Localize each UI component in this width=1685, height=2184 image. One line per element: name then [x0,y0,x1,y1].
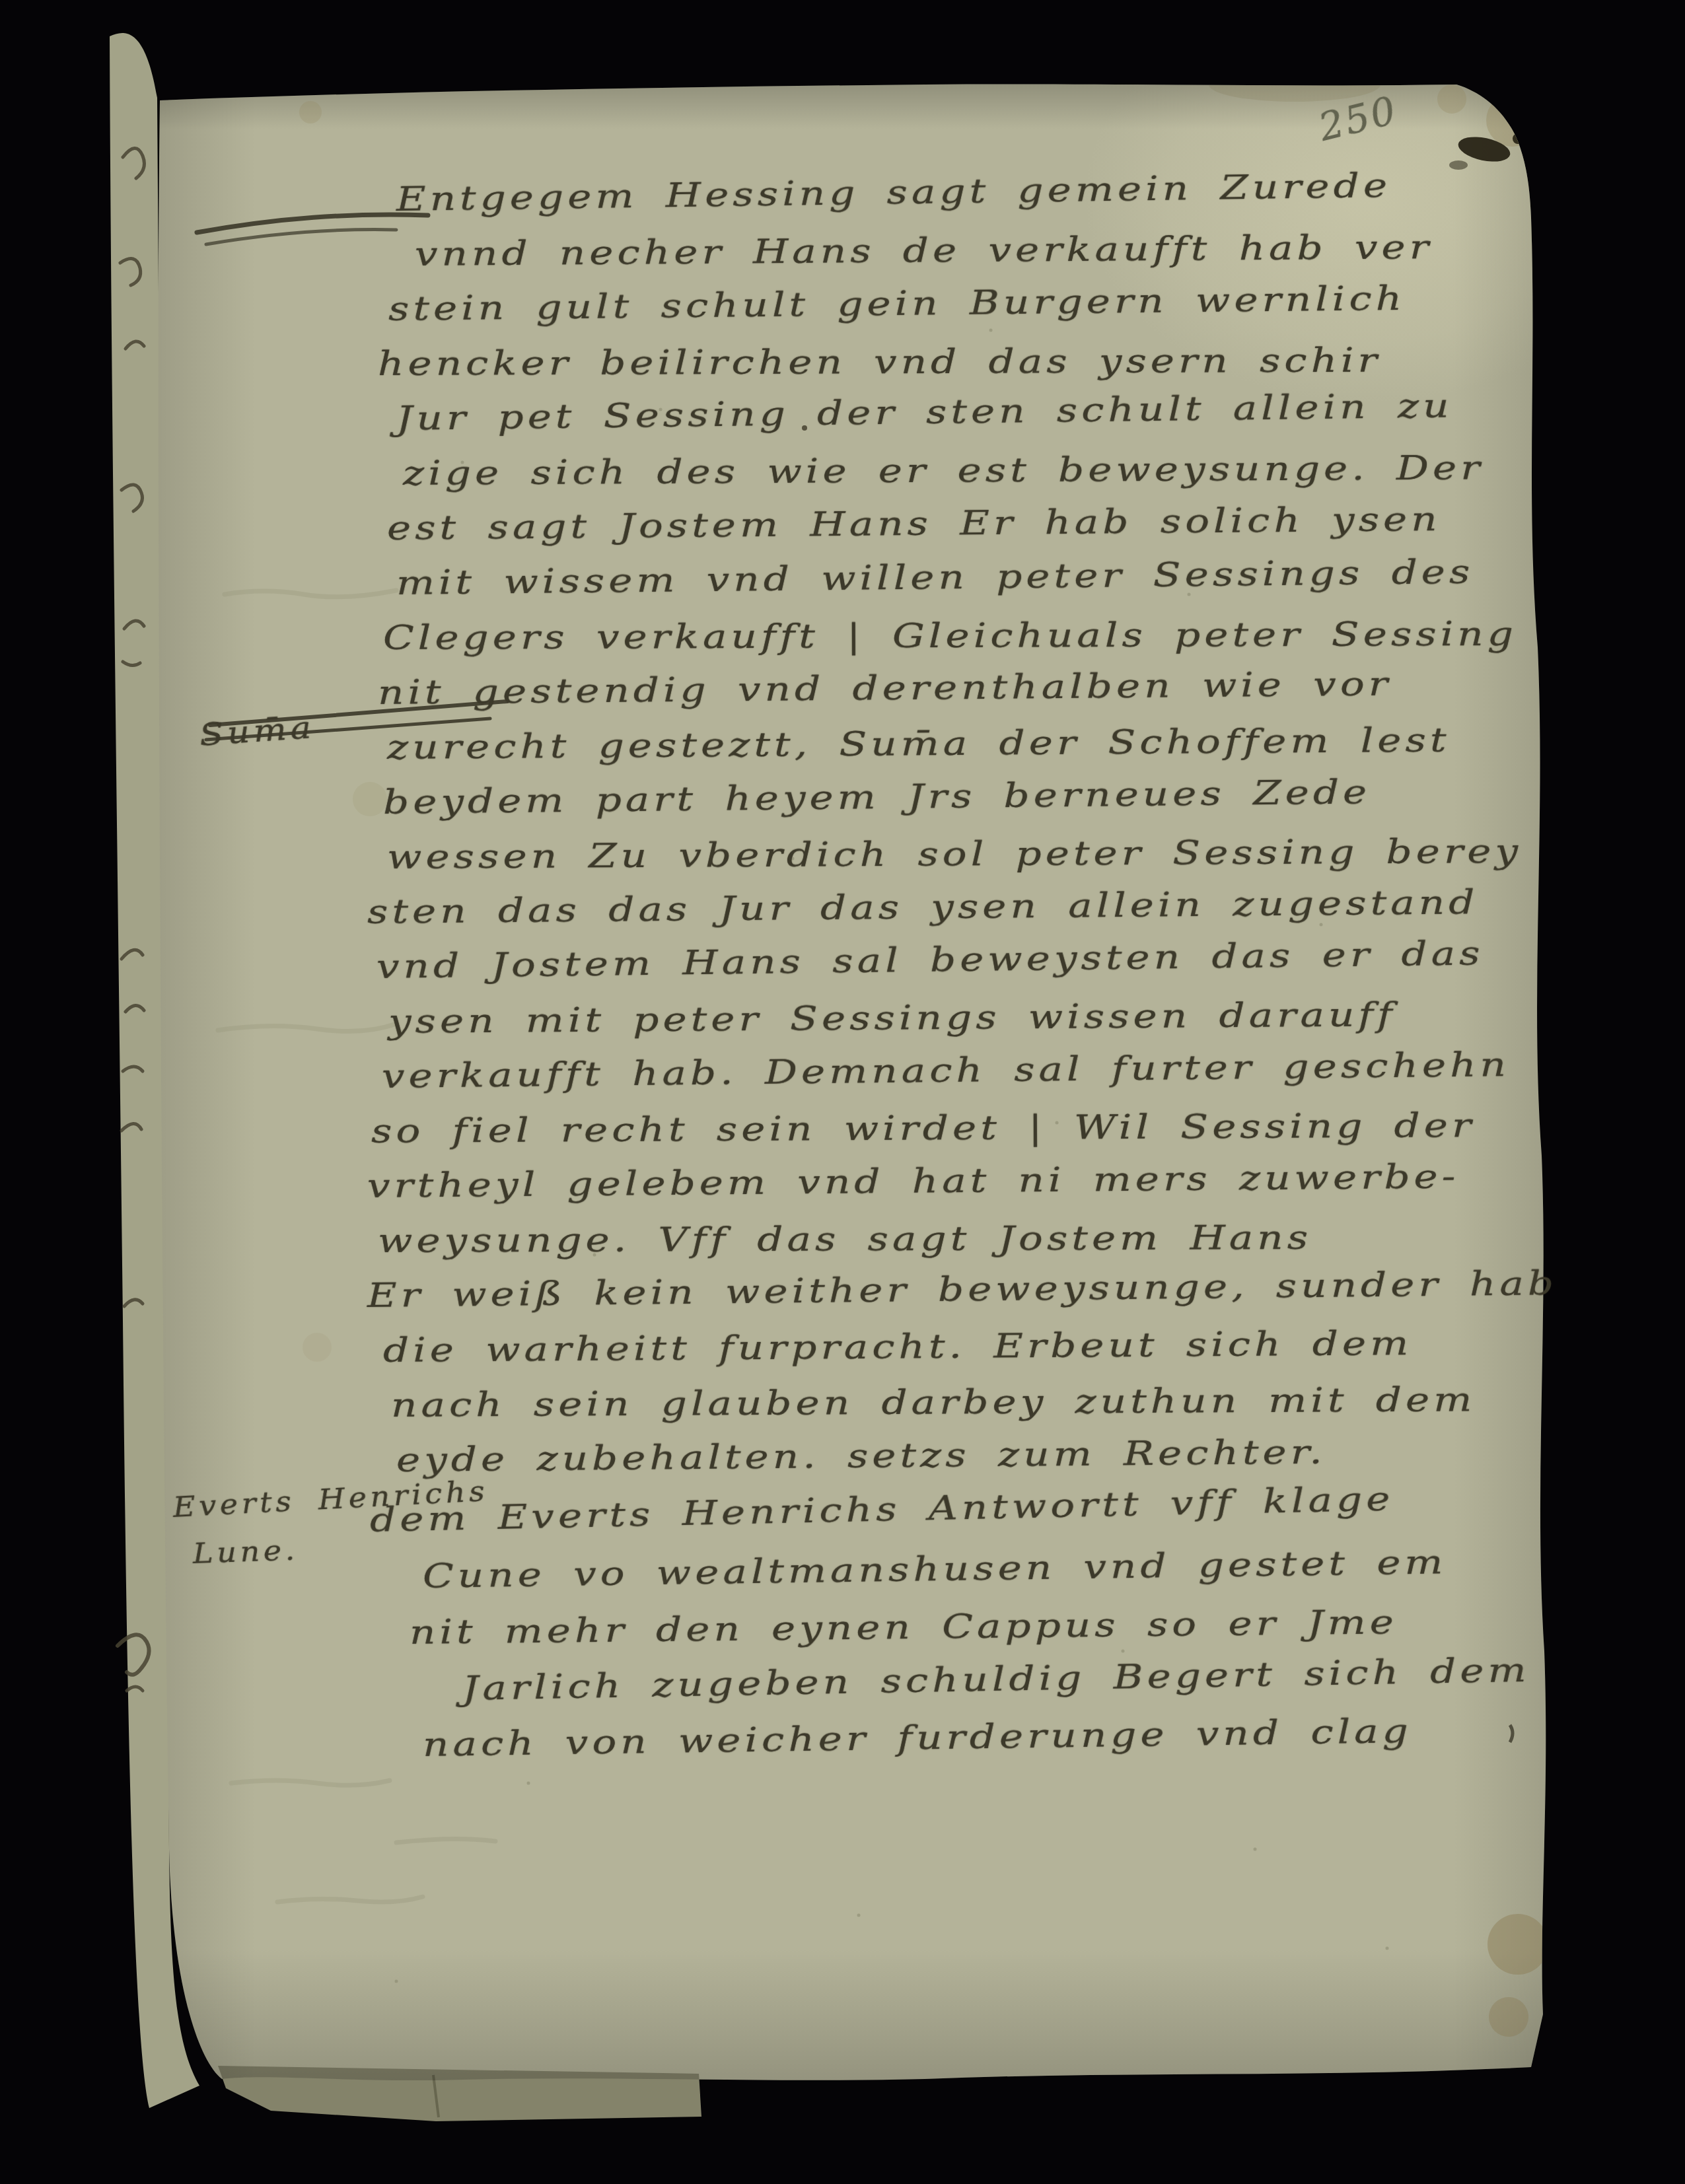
manuscript-line: ysen mit peter Sessings wissen darauff [388,992,1396,1045]
margin-note-case-name-2: Lune. [192,1533,299,1570]
manuscript-line: zurecht gesteztt, Sum̄a der Schoffem les… [387,718,1451,771]
manuscript-line: so fiel recht sein wirdet | Wil Sessing … [371,1103,1476,1155]
manuscript-photo: Entgegem Hessing sagt gemein Zuredevnnd … [0,0,1685,2184]
bottom-shadow [157,1948,1551,2080]
manuscript-line: eyde zubehalten. setzs zum Rechter. [396,1430,1326,1484]
manuscript-line: sten das das Jur das ysen allein zugesta… [367,880,1479,936]
manuscript-line: est sagt Jostem Hans Er hab solich ysen [387,497,1441,552]
manuscript-line: Clegers verkaufft | Gleichuals peter Ses… [383,612,1517,662]
manuscript-line: vrtheyl gelebem vnd hat ni mers zuwerbe- [367,1154,1460,1210]
manuscript-line: zige sich des wie er est beweysunge. Der [403,445,1484,497]
manuscript-line: nach sein glauben darbey zuthun mit dem [391,1377,1476,1429]
manuscript-line: weysunge. Vff das sagt Jostem Hans [378,1215,1312,1265]
manuscript-line: wessen Zu vberdich sol peter Sessing ber… [387,829,1522,881]
manuscript-line: die warheitt furpracht. Erbeut sich dem [383,1321,1413,1374]
manuscript-line: nit gestendig vnd derenthalben wie vor [378,662,1392,717]
manuscript-line: hencker beilirchen vnd das ysern schir [378,338,1381,388]
manuscript-line: vnnd necher Hans de verkaufft hab ver [415,225,1433,278]
